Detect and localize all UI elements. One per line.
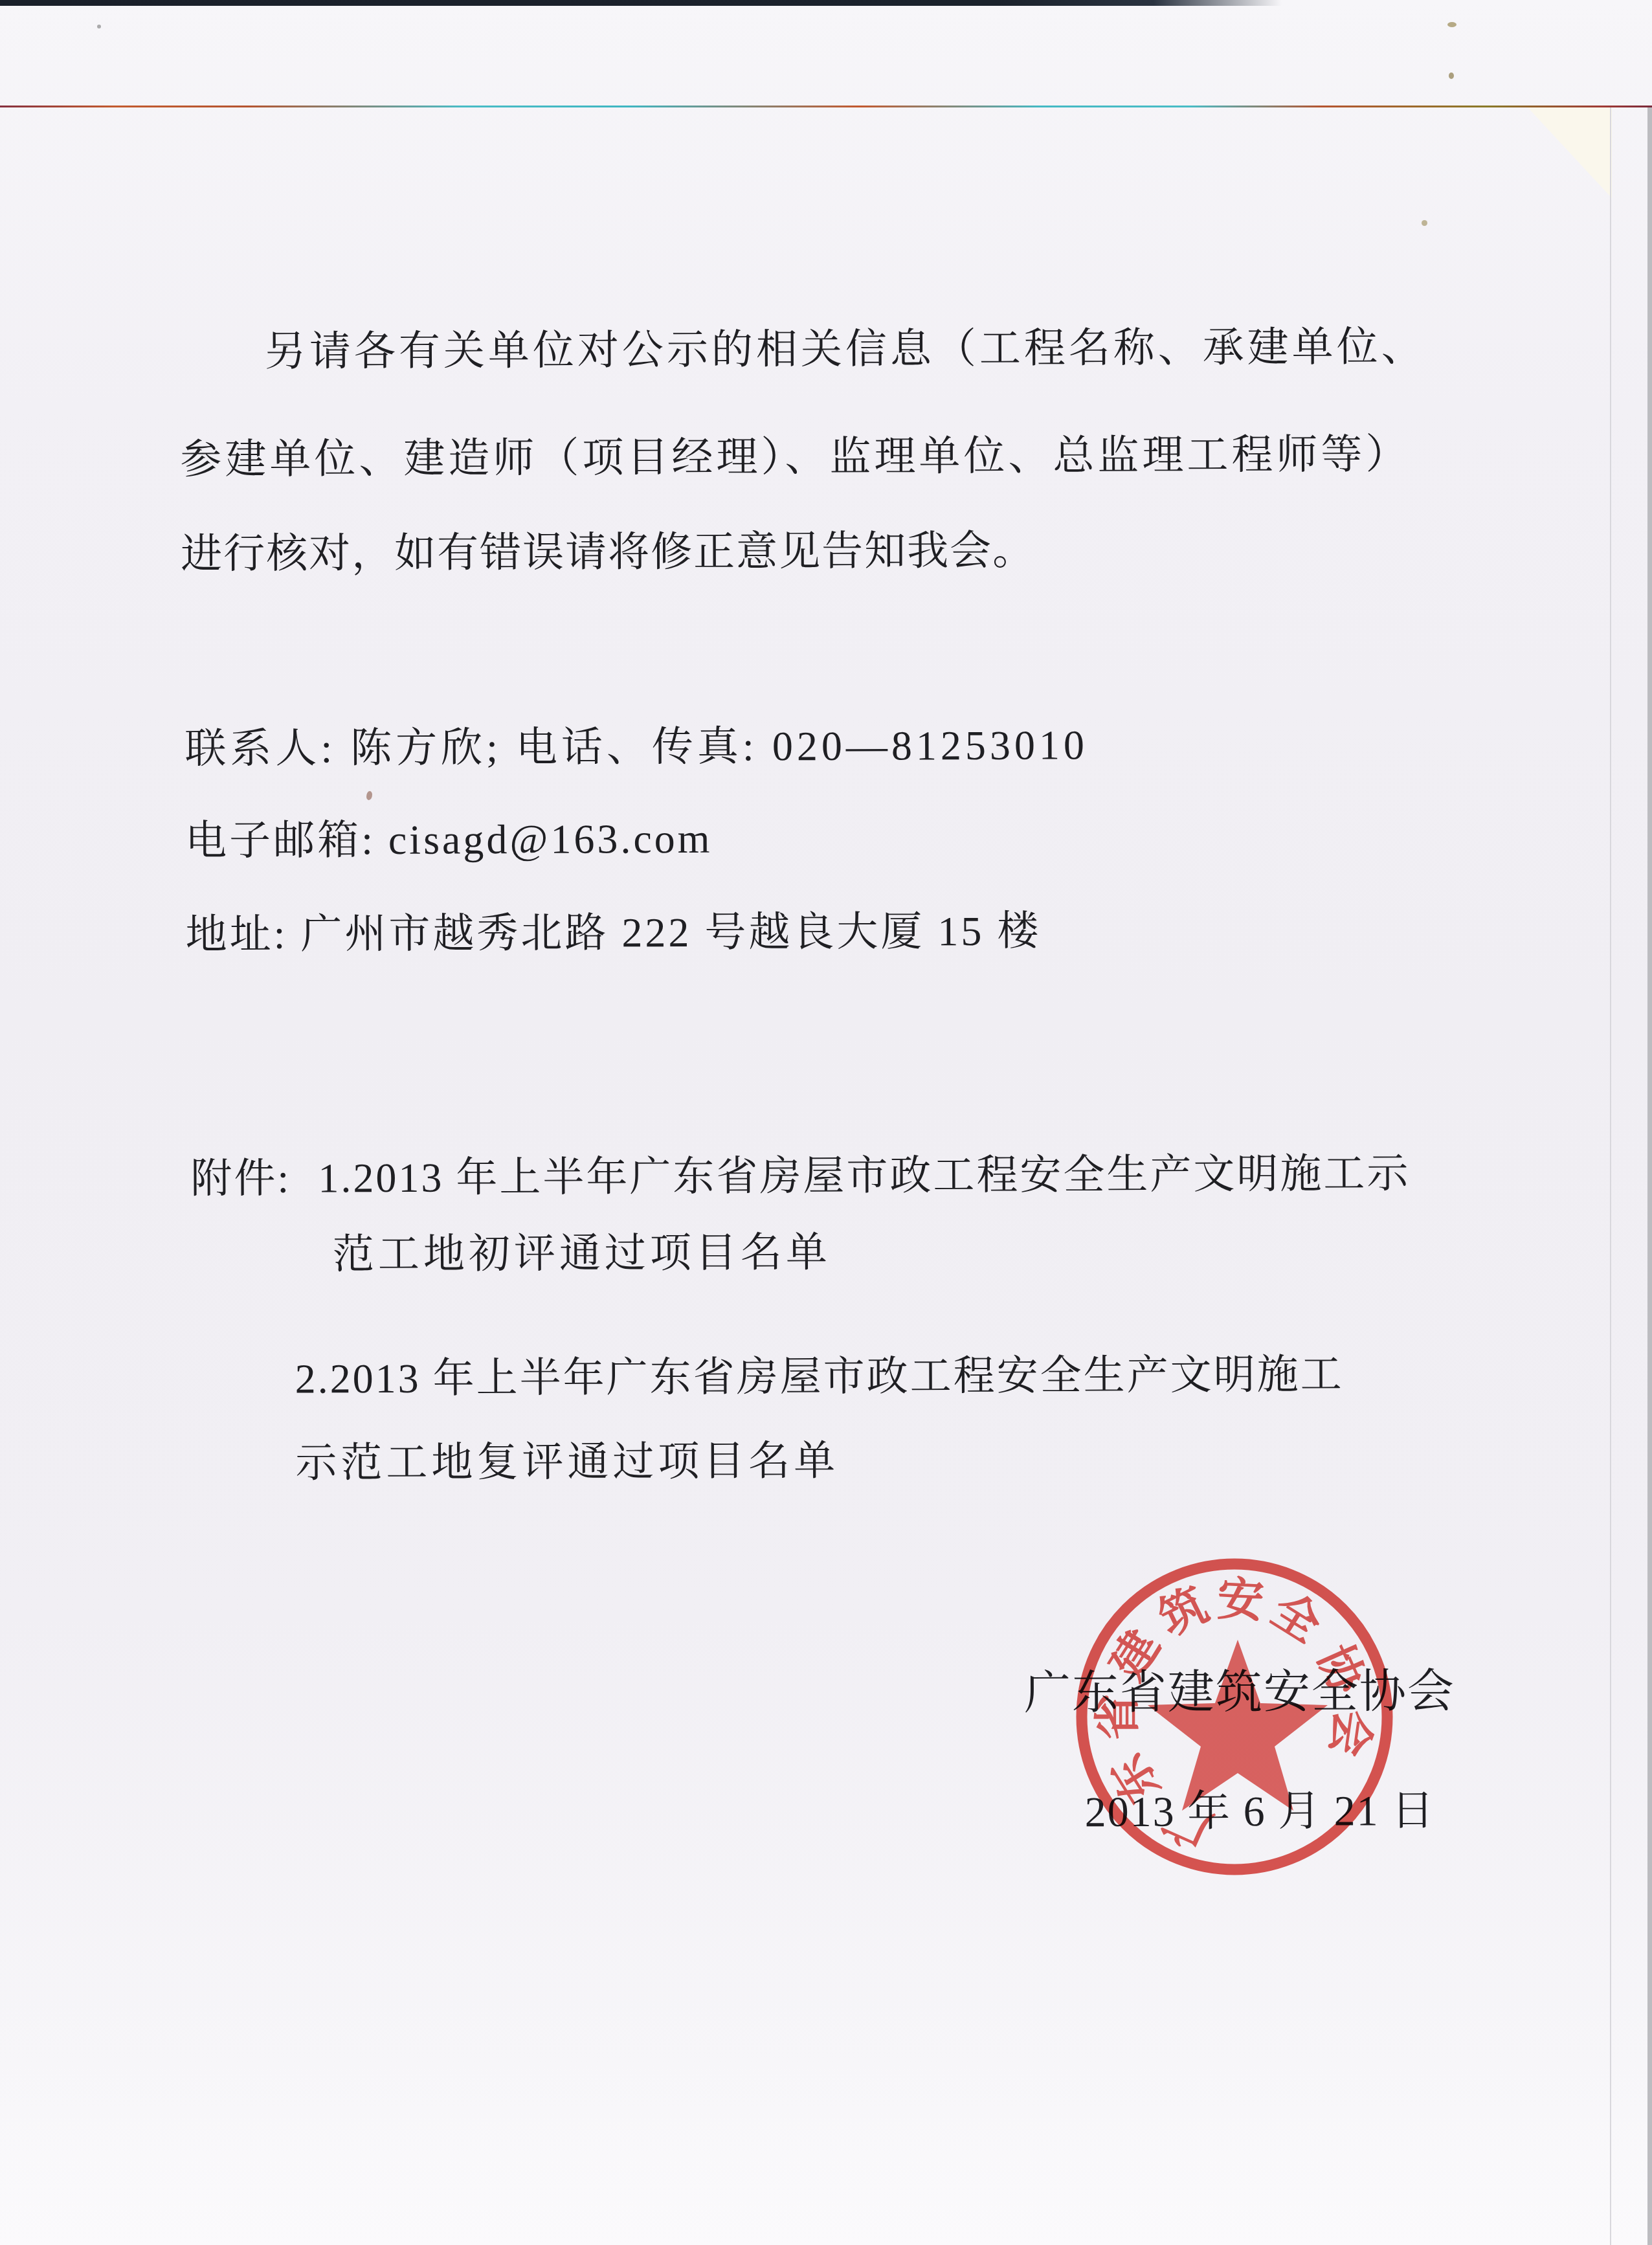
- seal-ring-character: 会: [1321, 1706, 1379, 1759]
- address-line: 地址: 广州市越秀北路 222 号越良大厦 15 楼: [186, 909, 1042, 958]
- attachments-label: 附件:: [190, 1156, 291, 1202]
- seal-ring-character: 广: [1155, 1790, 1219, 1856]
- paragraph-line-3: 进行核对，如有错误请将修正意见告知我会。: [181, 528, 1035, 577]
- contact-person-line: 联系人: 陈方欣; 电话、传真: 020—81253010: [184, 722, 1088, 772]
- email-line: 电子邮箱: cisagd@163.com: [185, 816, 713, 864]
- attachment-1-title-line1: 1.2013 年上半年广东省房屋市政工程安全生产文明施工示: [318, 1151, 1410, 1201]
- seal-ring-character: 省: [1092, 1693, 1144, 1740]
- attachment-2-title-line1: 2.2013 年上半年广东省房屋市政工程安全生产文明施工: [295, 1352, 1344, 1402]
- official-seal-stamp: 广东省建筑安全协会: [1062, 1547, 1411, 1897]
- letter-body: 另请各有关单位对公示的相关信息（工程名称、承建单位、 参建单位、建造师（项目经理…: [0, 0, 1652, 2245]
- red-star-icon: [1148, 1640, 1328, 1811]
- attachment-1-title-line2: 范工地初评通过项目名单: [333, 1230, 831, 1278]
- paragraph-line-1: 另请各有关单位对公示的相关信息（工程名称、承建单位、: [265, 324, 1426, 375]
- attachment-2-title-line2: 示范工地复评通过项目名单: [295, 1438, 839, 1486]
- paragraph-line-2: 参建单位、建造师（项目经理）、监理单位、总监理工程师等）: [180, 432, 1410, 483]
- scanned-document-page: 另请各有关单位对公示的相关信息（工程名称、承建单位、 参建单位、建造师（项目经理…: [0, 0, 1652, 2245]
- seal-ring-character: 安: [1216, 1573, 1265, 1627]
